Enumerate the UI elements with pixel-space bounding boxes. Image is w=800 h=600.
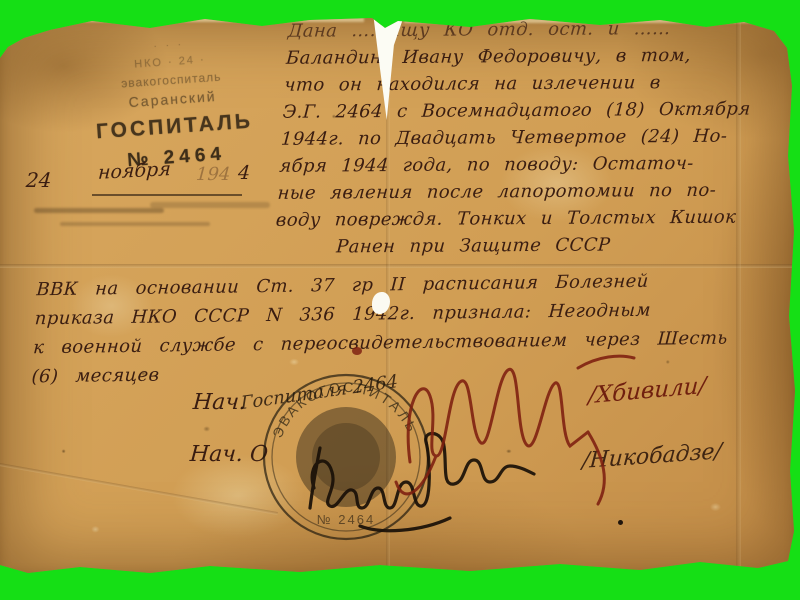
scanned-photo-background: · · · НКО · 24 · эвакогоспиталь Сарански… — [0, 0, 800, 600]
ink-dot — [618, 520, 623, 525]
body-line: Баландин, Ивану Федоровичу, в том, — [285, 41, 799, 72]
date-year: 194 — [195, 164, 231, 185]
body-line: 1944г. по Двадцать Четвертое (24) Но- — [280, 122, 794, 153]
ink-smudge — [150, 202, 270, 208]
signature-label-1: Нач. — [192, 390, 247, 415]
hospital-header-stamp: · · · НКО · 24 · эвакогоспиталь Сарански… — [58, 30, 289, 180]
body-line: Э.Г. 2464 с Восемнадцатого (18) Октября — [282, 95, 796, 126]
date-month: ноября — [97, 158, 171, 184]
date-day: 24 — [25, 168, 52, 192]
red-ink-signature — [392, 334, 642, 509]
torn-edge-highlight — [404, 18, 764, 23]
body-line: воду повреждя. Тонких и Толстых Кишок — [275, 203, 789, 234]
body-line: что он находился на излечении в — [284, 68, 798, 99]
date-year-digit: 4 — [237, 162, 251, 184]
fold-crease-bottom-left — [0, 460, 278, 515]
body-line: ные явления после лапоротомии по по- — [277, 176, 791, 207]
body-line: Дана ……нщу КО отд. ост. и …… — [287, 14, 800, 45]
body-line: ября 1944 года, по поводу: Остаточ- — [278, 149, 792, 180]
red-ink-blot — [352, 347, 362, 355]
body-line-wounded-note: Ранен при Защите СССР — [273, 230, 787, 261]
date-underline — [92, 194, 242, 196]
certificate-body-text: Дана ……нщу КО отд. ост. и …… Баландин, И… — [273, 14, 800, 261]
document-paper: · · · НКО · 24 · эвакогоспиталь Сарански… — [0, 16, 795, 574]
ink-smudge — [34, 208, 164, 213]
ink-smudge — [60, 222, 210, 226]
